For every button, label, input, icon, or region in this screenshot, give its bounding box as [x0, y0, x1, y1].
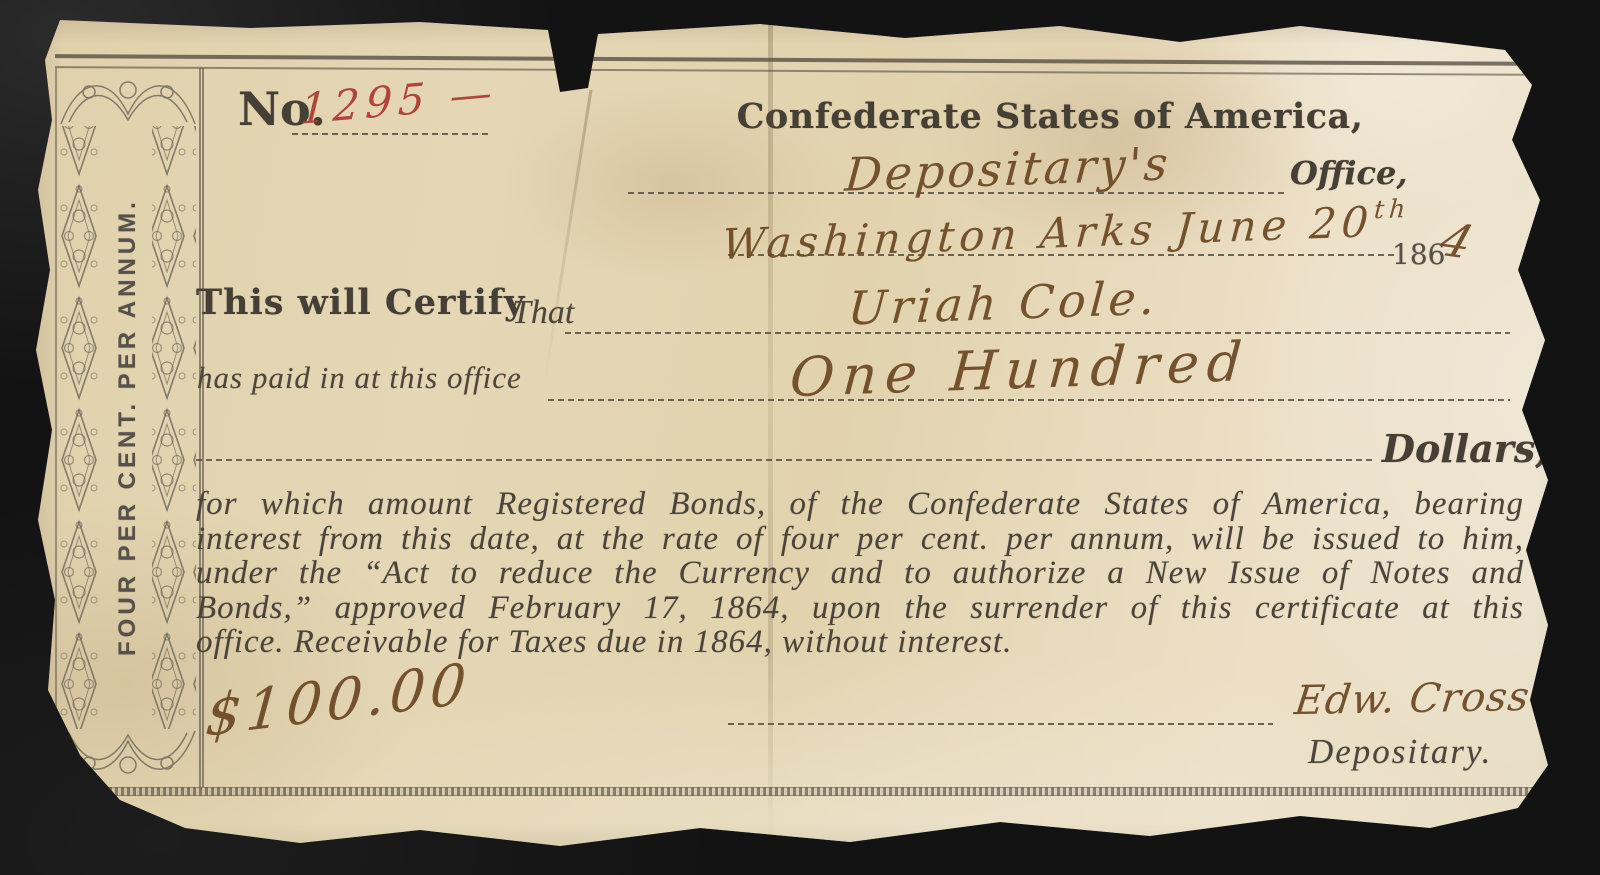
year-handwritten: 4: [1434, 213, 1480, 269]
left-ornamental-band: FOUR PER CENT. PER ANNUM.: [55, 68, 204, 787]
body-line: for which amount Registered Bonds, of th…: [196, 487, 1524, 522]
payee-name-handwritten: Uriah Cole.: [846, 270, 1160, 335]
dollars-dotted-line: [196, 458, 1376, 461]
dollars-label: Dollars,: [1382, 426, 1548, 471]
side-banner-text: FOUR PER CENT. PER ANNUM.: [57, 68, 199, 787]
number-value-handwritten: 1295 —: [299, 67, 499, 134]
certify-that-label: That: [512, 294, 574, 332]
top-border-rule: [55, 54, 1548, 76]
title: Confederate States of America,: [690, 96, 1410, 137]
signature-handwritten: Edw. Cross: [1292, 674, 1532, 724]
office-label: Office,: [1290, 154, 1407, 192]
body-line: under the “Act to reduce the Currency an…: [196, 556, 1524, 591]
scanned-certificate-photo: FOUR PER CENT. PER ANNUM. No. 1295 — Con…: [0, 0, 1600, 875]
date-handwritten: Washington Arks June 20th: [720, 194, 1411, 269]
bottom-border-band: [55, 787, 1545, 796]
office-handwritten: Depositary's: [843, 136, 1172, 202]
body-paragraph: for which amount Registered Bonds, of th…: [196, 487, 1524, 660]
signature-title-label: Depositary.: [1308, 732, 1492, 772]
paid-label: has paid in at this office: [197, 360, 522, 396]
signature-dotted-line: [728, 722, 1273, 725]
certificate-paper: FOUR PER CENT. PER ANNUM. No. 1295 — Con…: [0, 0, 1600, 875]
certify-label: This will Certify: [196, 282, 525, 323]
body-line: interest from this date, at the rate of …: [196, 522, 1524, 557]
number-dotted-line: [292, 132, 488, 135]
body-line: office. Receivable for Taxes due in 1864…: [196, 625, 1524, 660]
amount-numeric-handwritten: $100.00: [203, 651, 473, 750]
paper-crease: [543, 90, 593, 387]
body-line: Bonds,” approved February 17, 1864, upon…: [196, 591, 1524, 626]
date-ordinal: th: [1373, 194, 1411, 224]
payee-dotted-line: [565, 331, 1510, 334]
